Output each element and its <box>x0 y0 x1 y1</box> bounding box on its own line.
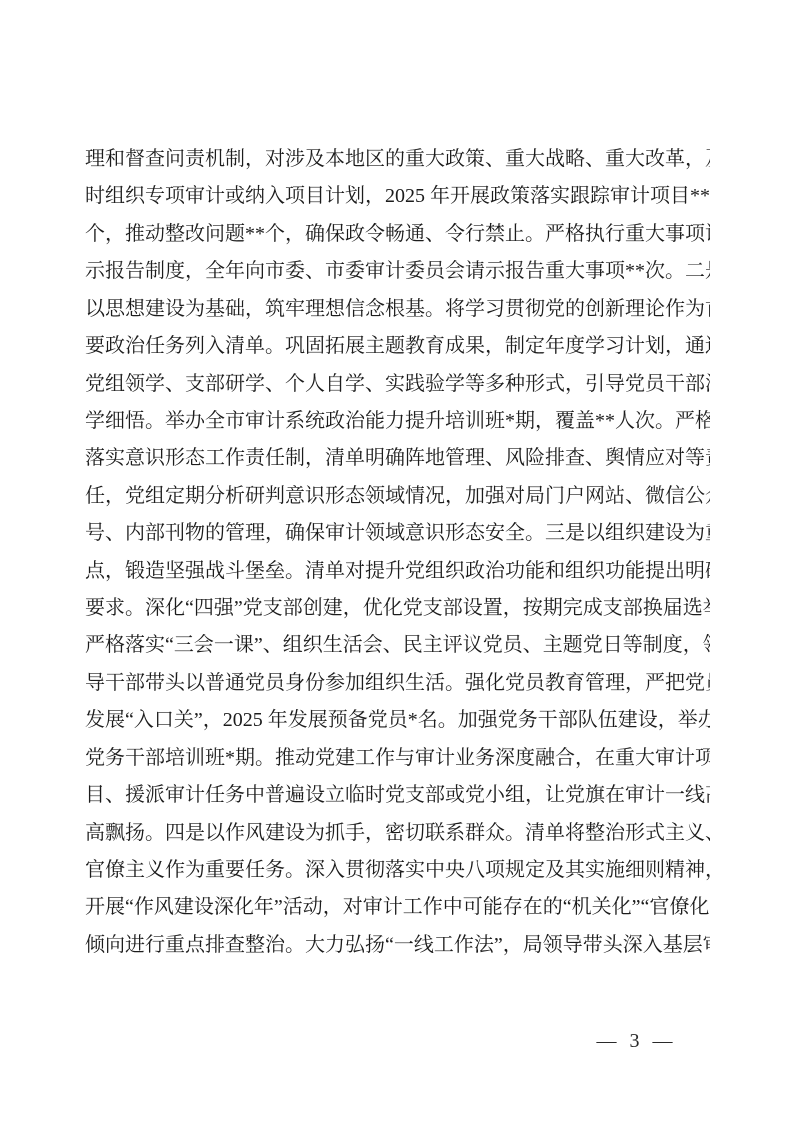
text-line: 学细悟。举办全市审计系统政治能力提升培训班*期，覆盖**人次。严格 <box>85 403 710 440</box>
text-line: 要求。深化“四强”党支部创建，优化党支部设置，按期完成支部换届选举。 <box>85 590 710 627</box>
text-line: 以思想建设为基础，筑牢理想信念根基。将学习贯彻党的创新理论作为首 <box>85 291 710 328</box>
text-line: 开展“作风建设深化年”活动，对审计工作中可能存在的“机关化”“官僚化” <box>85 889 710 926</box>
text-line: 发展“入口关”，2025 年发展预备党员*名。加强党务干部队伍建设，举办 <box>85 702 710 739</box>
text-line: 个，推动整改问题**个，确保政令畅通、令行禁止。严格执行重大事项请 <box>85 216 710 253</box>
text-line: 号、内部刊物的管理，确保审计领域意识形态安全。三是以组织建设为重 <box>85 515 710 552</box>
text-line: 示报告制度，全年向市委、市委审计委员会请示报告重大事项**次。二是 <box>85 253 710 290</box>
document-page: 理和督查问责机制，对涉及本地区的重大政策、重大战略、重大改革，及时组织专项审计或… <box>0 0 793 1122</box>
text-line: 党务干部培训班*期。推动党建工作与审计业务深度融合，在重大审计项 <box>85 740 710 777</box>
text-line: 党组领学、支部研学、个人自学、实践验学等多种形式，引导党员干部深 <box>85 366 710 403</box>
text-line: 任，党组定期分析研判意识形态领域情况，加强对局门户网站、微信公众 <box>85 478 710 515</box>
text-line: 点，锻造坚强战斗堡垒。清单对提升党组织政治功能和组织功能提出明确 <box>85 553 710 590</box>
text-line: 时组织专项审计或纳入项目计划，2025 年开展政策落实跟踪审计项目** <box>85 178 710 215</box>
text-line: 目、援派审计任务中普遍设立临时党支部或党小组，让党旗在审计一线高 <box>85 777 710 814</box>
text-line: 官僚主义作为重要任务。深入贯彻落实中央八项规定及其实施细则精神， <box>85 852 710 889</box>
text-line: 高飘扬。四是以作风建设为抓手，密切联系群众。清单将整治形式主义、 <box>85 815 710 852</box>
text-line: 要政治任务列入清单。巩固拓展主题教育成果，制定年度学习计划，通过 <box>85 328 710 365</box>
text-line: 落实意识形态工作责任制，清单明确阵地管理、风险排查、舆情应对等责 <box>85 440 710 477</box>
page-number: — 3 — <box>595 1030 675 1053</box>
text-line: 理和督查问责机制，对涉及本地区的重大政策、重大战略、重大改革，及 <box>85 141 710 178</box>
text-line: 倾向进行重点排查整治。大力弘扬“一线工作法”，局领导带头深入基层审 <box>85 927 710 964</box>
body-text: 理和督查问责机制，对涉及本地区的重大政策、重大战略、重大改革，及时组织专项审计或… <box>85 141 710 964</box>
text-line: 严格落实“三会一课”、组织生活会、民主评议党员、主题党日等制度，领 <box>85 627 710 664</box>
text-line: 导干部带头以普通党员身份参加组织生活。强化党员教育管理，严把党员 <box>85 665 710 702</box>
